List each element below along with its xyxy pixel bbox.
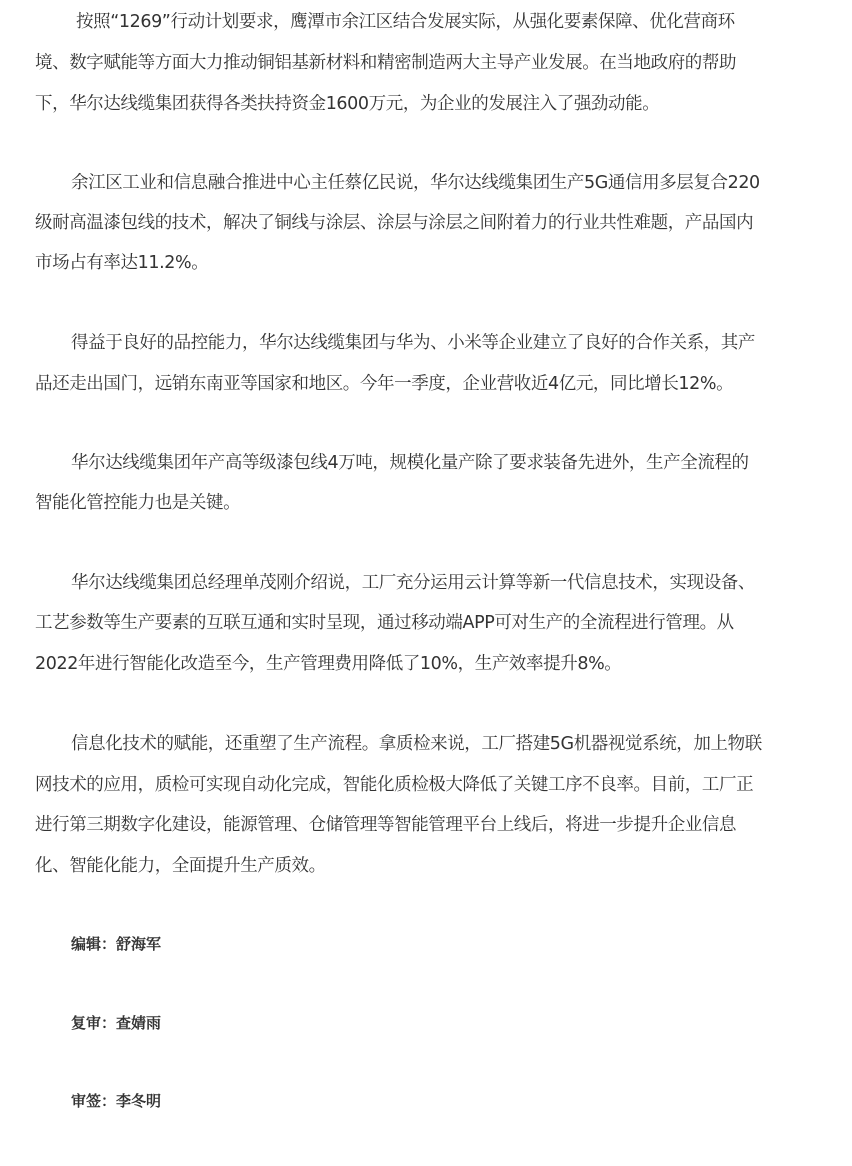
paragraph-5-line-2: 工艺参数等生产要素的互联互通和实时呈现，通过移动端APP可对生产的全流程进行管理… — [35, 611, 734, 635]
paragraph-3-line-2: 品还走出国门，远销东南亚等国家和地区。今年一季度，企业营收近4亿元，同比增长12… — [35, 372, 733, 396]
paragraph-5-line-3: 2022年进行智能化改造至今，生产管理费用降低了10%，生产效率提升8%。 — [35, 652, 621, 676]
paragraph-6-line-2: 网技术的应用，质检可实现自动化完成，智能化质检极大降低了关键工序不良率。目前，工… — [35, 773, 753, 797]
paragraph-1-line-2: 境、数字赋能等方面大力推动铜铝基新材料和精密制造两大主导产业发展。在当地政府的帮… — [35, 51, 736, 75]
paragraph-6-line-4: 化、智能化能力，全面提升生产质效。 — [35, 854, 326, 878]
reviewer-credit: 复审：查婧雨 — [71, 1013, 161, 1033]
paragraph-4-line-2: 智能化管控能力也是关键。 — [35, 491, 240, 515]
paragraph-6-line-1: 信息化技术的赋能，还重塑了生产流程。拿质检来说，工厂搭建5G机器视觉系统，加上物… — [71, 732, 762, 756]
approver-credit: 审签：李冬明 — [71, 1091, 161, 1111]
paragraph-1-line-1: 按照“1269”行动计划要求，鹰潭市余江区结合发展实际，从强化要素保障、优化营商… — [76, 10, 735, 34]
paragraph-6-line-3: 进行第三期数字化建设，能源管理、仓储管理等智能管理平台上线后，将进一步提升企业信… — [35, 813, 736, 837]
editor-credit: 编辑：舒海军 — [71, 934, 161, 954]
paragraph-4-line-1: 华尔达线缆集团年产高等级漆包线4万吨，规模化量产除了要求装备先进外，生产全流程的 — [71, 451, 749, 475]
paragraph-2-line-1: 余江区工业和信息融合推进中心主任蔡亿民说，华尔达线缆集团生产5G通信用多层复合2… — [71, 171, 760, 195]
paragraph-2-line-3: 市场占有率达11.2%。 — [35, 251, 208, 275]
paragraph-2-line-2: 级耐高温漆包线的技术，解决了铜线与涂层、涂层与涂层之间附着力的行业共性难题，产品… — [35, 211, 753, 235]
paragraph-1-line-3: 下，华尔达线缆集团获得各类扶持资金1600万元，为企业的发展注入了强劲动能。 — [35, 92, 659, 116]
paragraph-3-line-1: 得益于良好的品控能力，华尔达线缆集团与华为、小米等企业建立了良好的合作关系，其产 — [71, 331, 755, 355]
paragraph-5-line-1: 华尔达线缆集团总经理单茂刚介绍说，工厂充分运用云计算等新一代信息技术，实现设备、 — [71, 571, 755, 595]
